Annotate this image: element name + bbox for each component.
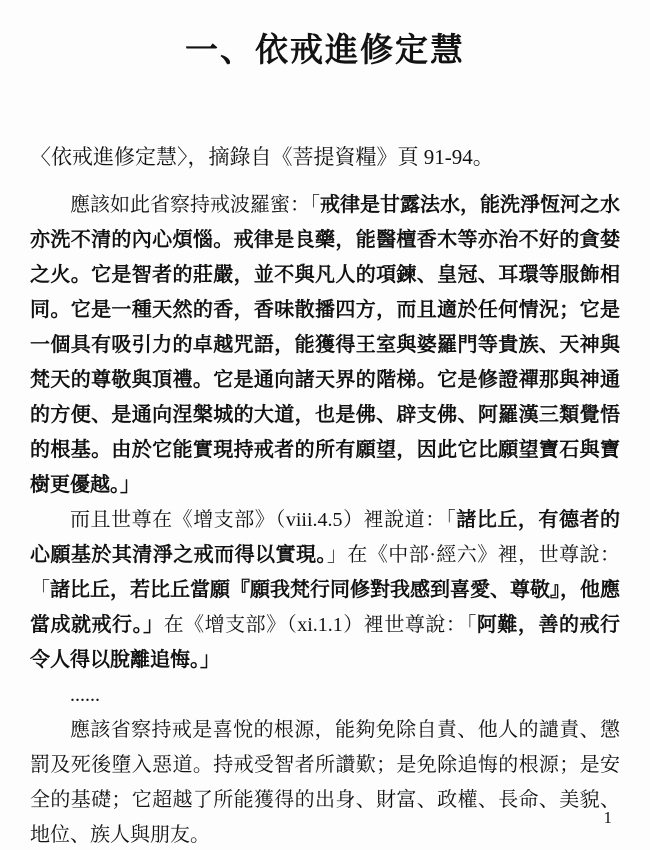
narrative-text: 應該省察持戒是喜悅的根源，能夠免除自責、他人的譴責、懲罰及死後墮入惡道。持戒受智…	[30, 719, 620, 846]
paragraph: ......	[30, 678, 620, 713]
paragraph: 應該如此省察持戒波羅蜜：「戒律是甘露法水，能洗淨恆河之水亦洗不清的內心煩惱。戒律…	[30, 188, 620, 503]
paragraph: 而且世尊在《增支部》（viii.4.5）裡說道：「諸比丘，有德者的心願基於其清淨…	[30, 503, 620, 678]
document-page: 一、依戒進修定慧 〈依戒進修定慧〉，摘錄自《菩提資糧》頁 91-94。 應該如此…	[0, 0, 650, 850]
page-title: 一、依戒進修定慧	[30, 30, 620, 70]
body-text: 應該如此省察持戒波羅蜜：「戒律是甘露法水，能洗淨恆河之水亦洗不清的內心煩惱。戒律…	[30, 188, 620, 850]
source-citation-line: 〈依戒進修定慧〉，摘錄自《菩提資糧》頁 91-94。	[30, 142, 620, 172]
narrative-text: 應該如此省察持戒波羅蜜：「	[70, 194, 320, 216]
paragraph: 應該省察持戒是喜悅的根源，能夠免除自責、他人的譴責、懲罰及死後墮入惡道。持戒受智…	[30, 713, 620, 850]
narrative-text: 在《增支部》（xi.1.1）裡世尊說：「	[164, 614, 477, 636]
narrative-text: 而且世尊在《增支部》（viii.4.5）裡說道：「	[70, 509, 456, 531]
page-number: 1	[604, 808, 613, 828]
quoted-scripture-text: 戒律是甘露法水，能洗淨恆河之水亦洗不清的內心煩惱。戒律是良藥，能醫檀香木等亦治不…	[30, 194, 620, 496]
narrative-text: ......	[70, 684, 100, 706]
